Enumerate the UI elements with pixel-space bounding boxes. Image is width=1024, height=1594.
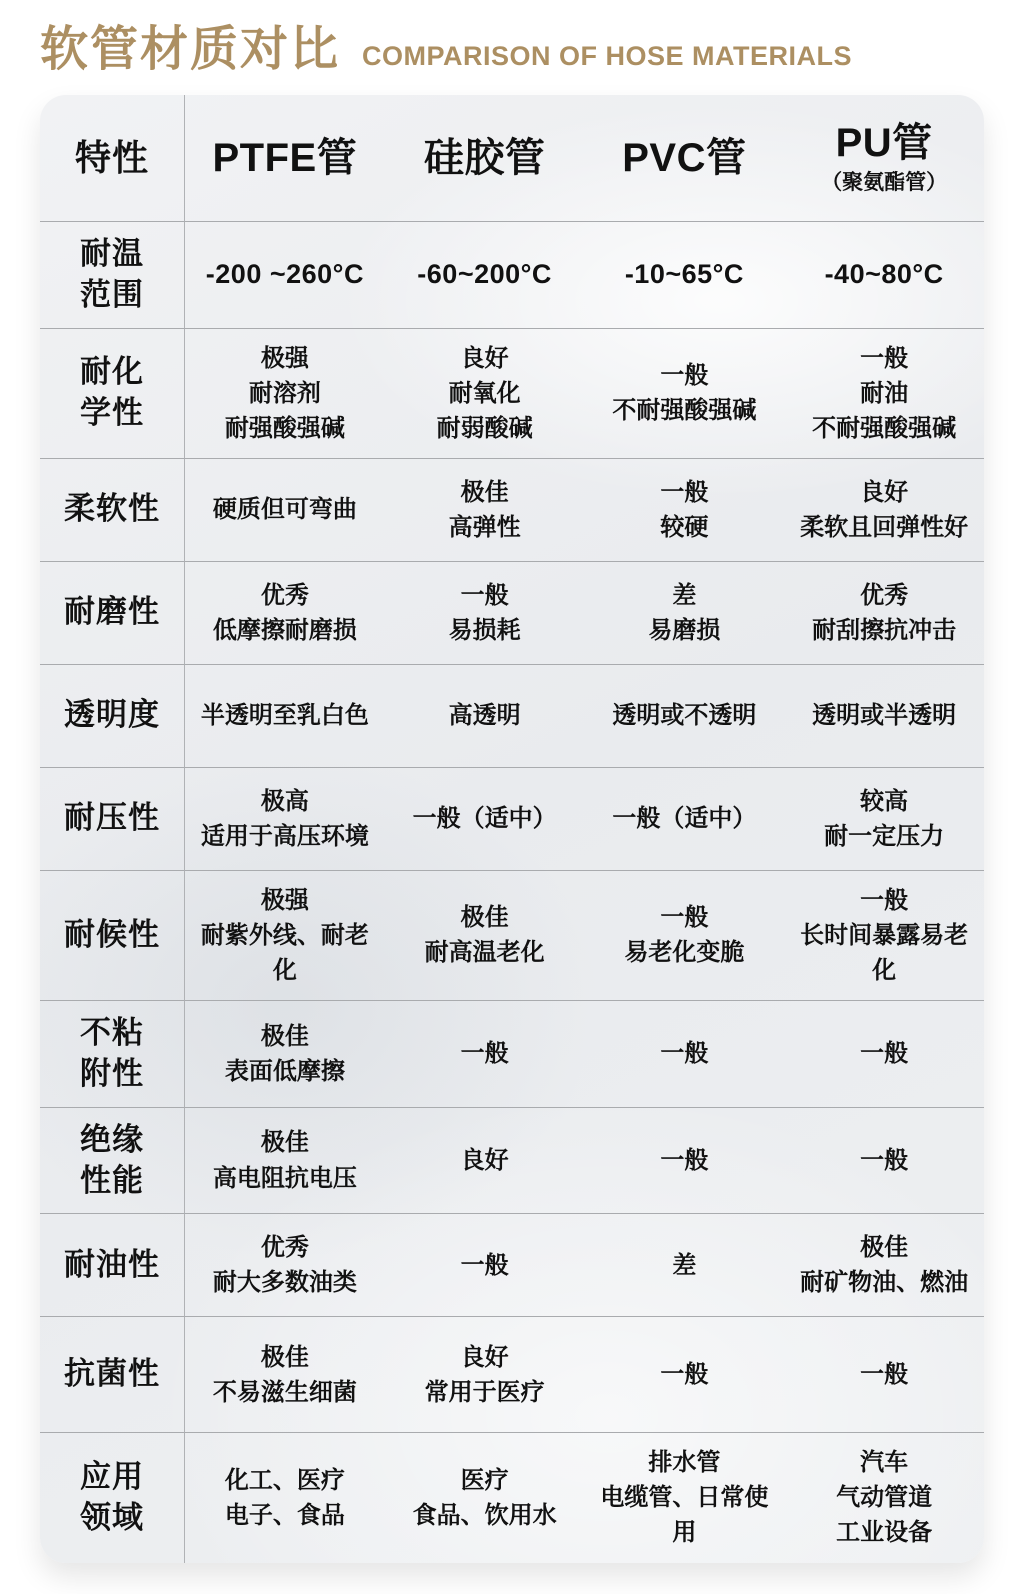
value-line: 柔软且回弹性好 — [800, 510, 968, 545]
value-cell: 良好柔软且回弹性好 — [784, 458, 984, 561]
value-line: 易磨损 — [648, 613, 720, 648]
value-line: 良好 — [461, 1143, 509, 1178]
value-cell: 优秀耐刮擦抗冲击 — [784, 561, 984, 664]
feature-cell: 耐油性 — [40, 1213, 185, 1316]
table-row: 不粘附性极佳表面低摩擦一般一般一般 — [40, 1000, 984, 1107]
value-line: 优秀 — [261, 578, 309, 613]
feature-label-line: 透明度 — [64, 695, 160, 736]
value-line: 良好 — [860, 475, 908, 510]
value-line: 极佳 — [860, 1230, 908, 1265]
value-cell: 一般 — [784, 1316, 984, 1432]
feature-label-line: 绝缘 — [80, 1120, 144, 1161]
value-line: 不易滋生细菌 — [213, 1375, 357, 1410]
value-line: 耐氧化 — [449, 376, 521, 411]
value-cell: 汽车气动管道工业设备 — [784, 1432, 984, 1562]
value-line: 耐弱酸碱 — [437, 411, 533, 446]
infographic-page: 软管材质对比 COMPARISON OF HOSE MATERIALS 特性PT… — [0, 0, 1024, 1594]
value-line: 较高 — [860, 784, 908, 819]
value-line: 差 — [672, 578, 696, 613]
value-cell: 排水管电缆管、日常使用 — [585, 1432, 785, 1562]
value-line: 耐强酸强碱 — [225, 411, 345, 446]
value-cell: 一般（适中） — [385, 767, 585, 870]
value-line: 一般 — [660, 900, 708, 935]
value-cell: 一般耐油不耐强酸强碱 — [784, 328, 984, 458]
table-row: 透明度半透明至乳白色高透明透明或不透明透明或半透明 — [40, 664, 984, 767]
value-line: 不耐强酸强碱 — [812, 411, 956, 446]
column-header-3: PVC管 — [585, 95, 785, 221]
value-cell: 一般 — [385, 1213, 585, 1316]
value-line: 优秀 — [860, 578, 908, 613]
value-line: 极强 — [261, 341, 309, 376]
value-line: 一般 — [860, 1036, 908, 1071]
value-line: 极高 — [261, 784, 309, 819]
value-cell: 一般易老化变脆 — [585, 870, 785, 1000]
table-row: 耐候性极强耐紫外线、耐老化极佳耐高温老化一般易老化变脆一般长时间暴露易老化 — [40, 870, 984, 1000]
value-cell: 差 — [585, 1213, 785, 1316]
value-line: 耐溶剂 — [249, 376, 321, 411]
table-row: 抗菌性极佳不易滋生细菌良好常用于医疗一般一般 — [40, 1316, 984, 1432]
value-cell: 一般 — [585, 1107, 785, 1214]
value-line: 高电阻抗电压 — [213, 1161, 357, 1196]
value-cell: 一般 — [784, 1107, 984, 1214]
value-line: 透明或不透明 — [612, 698, 756, 733]
value-line: 耐油 — [860, 376, 908, 411]
value-cell: 硬质但可弯曲 — [185, 458, 385, 561]
table-row: 应用领域化工、医疗电子、食品医疗食品、饮用水排水管电缆管、日常使用汽车气动管道工… — [40, 1432, 984, 1562]
value-cell: 高透明 — [385, 664, 585, 767]
value-cell: 极强耐紫外线、耐老化 — [185, 870, 385, 1000]
feature-label-line: 耐候性 — [64, 915, 160, 956]
column-header-name: PVC管 — [622, 136, 746, 180]
value-line: 耐高温老化 — [425, 935, 545, 970]
value-line: 极佳 — [261, 1019, 309, 1054]
value-cell: 极高适用于高压环境 — [185, 767, 385, 870]
value-cell: -40~80°C — [784, 221, 984, 328]
value-line: 耐矿物油、燃油 — [800, 1265, 968, 1300]
value-cell: 一般 — [385, 1000, 585, 1107]
value-cell: 极佳耐高温老化 — [385, 870, 585, 1000]
value-line: 差 — [672, 1248, 696, 1283]
feature-label-line: 不粘 — [80, 1013, 144, 1054]
value-line: 耐紫外线、耐老化 — [191, 918, 379, 988]
value-line: -200 ~260°C — [206, 255, 364, 294]
feature-cell: 绝缘性能 — [40, 1107, 185, 1214]
feature-label-line: 耐油性 — [64, 1245, 160, 1286]
column-header-2: 硅胶管 — [385, 95, 585, 221]
value-line: 易损耗 — [449, 613, 521, 648]
value-cell: 较高耐一定压力 — [784, 767, 984, 870]
value-line: -40~80°C — [825, 255, 944, 294]
column-header-4: PU管（聚氨酯管） — [784, 95, 984, 221]
value-line: 汽车 — [860, 1445, 908, 1480]
table-row: 耐温范围-200 ~260°C-60~200°C-10~65°C-40~80°C — [40, 221, 984, 328]
value-line: 较硬 — [660, 510, 708, 545]
feature-cell: 不粘附性 — [40, 1000, 185, 1107]
value-line: 一般 — [660, 1357, 708, 1392]
feature-cell: 透明度 — [40, 664, 185, 767]
value-cell: 一般不耐强酸强碱 — [585, 328, 785, 458]
value-cell: 极佳高电阻抗电压 — [185, 1107, 385, 1214]
value-line: 优秀 — [261, 1230, 309, 1265]
column-header-name: PU管 — [836, 121, 933, 165]
value-line: 电缆管、日常使用 — [591, 1480, 779, 1550]
value-cell: 医疗食品、饮用水 — [385, 1432, 585, 1562]
feature-cell: 应用领域 — [40, 1432, 185, 1562]
feature-label-line: 范围 — [80, 275, 144, 316]
value-line: 耐大多数油类 — [213, 1265, 357, 1300]
value-cell: 半透明至乳白色 — [185, 664, 385, 767]
value-line: 良好 — [461, 341, 509, 376]
value-line: 医疗 — [461, 1463, 509, 1498]
page-title: 软管材质对比 — [40, 24, 340, 77]
page-header: 软管材质对比 COMPARISON OF HOSE MATERIALS — [0, 0, 1024, 83]
value-line: 一般 — [860, 341, 908, 376]
feature-label-line: 耐化 — [80, 352, 144, 393]
value-line: 高弹性 — [449, 510, 521, 545]
feature-label-line: 耐温 — [80, 234, 144, 275]
value-line: 良好 — [461, 1340, 509, 1375]
value-cell: 极佳不易滋生细菌 — [185, 1316, 385, 1432]
column-header-name: 硅胶管 — [424, 136, 546, 180]
feature-label-line: 领域 — [80, 1498, 144, 1539]
value-line: 易老化变脆 — [624, 935, 744, 970]
value-line: 一般 — [860, 883, 908, 918]
value-cell: 一般 — [784, 1000, 984, 1107]
value-line: 排水管 — [648, 1445, 720, 1480]
value-line: 一般（适中） — [612, 801, 756, 836]
value-line: 一般 — [860, 1357, 908, 1392]
value-line: 表面低摩擦 — [225, 1054, 345, 1089]
value-line: 一般 — [461, 1036, 509, 1071]
feature-label-line: 抗菌性 — [64, 1354, 160, 1395]
table-header-row: 特性PTFE管硅胶管PVC管PU管（聚氨酯管） — [40, 95, 984, 221]
feature-cell: 耐温范围 — [40, 221, 185, 328]
feature-column-header: 特性 — [40, 95, 185, 221]
value-cell: 极强耐溶剂耐强酸强碱 — [185, 328, 385, 458]
column-header-subtitle: （聚氨酯管） — [821, 171, 947, 194]
value-cell: -200 ~260°C — [185, 221, 385, 328]
value-cell: 一般较硬 — [585, 458, 785, 561]
value-cell: 化工、医疗电子、食品 — [185, 1432, 385, 1562]
value-cell: 良好耐氧化耐弱酸碱 — [385, 328, 585, 458]
value-line: 极佳 — [261, 1125, 309, 1160]
value-cell: 一般易损耗 — [385, 561, 585, 664]
value-line: 透明或半透明 — [812, 698, 956, 733]
value-cell: 优秀耐大多数油类 — [185, 1213, 385, 1316]
comparison-table-body: 特性PTFE管硅胶管PVC管PU管（聚氨酯管）耐温范围-200 ~260°C-6… — [40, 95, 984, 1563]
value-line: 极佳 — [261, 1340, 309, 1375]
value-line: 硬质但可弯曲 — [213, 492, 357, 527]
value-line: 一般 — [860, 1143, 908, 1178]
value-line: 适用于高压环境 — [201, 819, 369, 854]
value-line: 高透明 — [449, 698, 521, 733]
value-line: 常用于医疗 — [425, 1375, 545, 1410]
value-cell: 极佳耐矿物油、燃油 — [784, 1213, 984, 1316]
feature-label-line: 耐磨性 — [64, 592, 160, 633]
value-line: 一般 — [660, 1143, 708, 1178]
value-cell: 良好 — [385, 1107, 585, 1214]
table-row: 绝缘性能极佳高电阻抗电压良好一般一般 — [40, 1107, 984, 1214]
value-cell: 优秀低摩擦耐磨损 — [185, 561, 385, 664]
value-line: 耐一定压力 — [824, 819, 944, 854]
value-line: 一般 — [660, 1036, 708, 1071]
feature-cell: 柔软性 — [40, 458, 185, 561]
value-line: 耐刮擦抗冲击 — [812, 613, 956, 648]
feature-label-line: 柔软性 — [64, 489, 160, 530]
feature-cell: 耐化学性 — [40, 328, 185, 458]
value-line: 低摩擦耐磨损 — [213, 613, 357, 648]
table-row: 耐化学性极强耐溶剂耐强酸强碱良好耐氧化耐弱酸碱一般不耐强酸强碱一般耐油不耐强酸强… — [40, 328, 984, 458]
feature-label-line: 学性 — [80, 393, 144, 434]
value-cell: 极佳表面低摩擦 — [185, 1000, 385, 1107]
value-line: 半透明至乳白色 — [201, 698, 369, 733]
value-cell: 极佳高弹性 — [385, 458, 585, 561]
feature-cell: 耐压性 — [40, 767, 185, 870]
value-line: -60~200°C — [417, 255, 552, 294]
value-line: 一般 — [461, 578, 509, 613]
value-line: 一般（适中） — [413, 801, 557, 836]
column-header-1: PTFE管 — [185, 95, 385, 221]
value-cell: -10~65°C — [585, 221, 785, 328]
value-cell: 一般长时间暴露易老化 — [784, 870, 984, 1000]
value-line: -10~65°C — [625, 255, 744, 294]
value-line: 极佳 — [461, 900, 509, 935]
value-cell: 差易磨损 — [585, 561, 785, 664]
value-line: 气动管道 — [836, 1480, 932, 1515]
feature-label-line: 耐压性 — [64, 798, 160, 839]
value-line: 极强 — [261, 883, 309, 918]
value-line: 化工、医疗 — [225, 1463, 345, 1498]
value-line: 一般 — [660, 475, 708, 510]
value-cell: -60~200°C — [385, 221, 585, 328]
value-cell: 一般 — [585, 1000, 785, 1107]
feature-label-line: 应用 — [80, 1457, 144, 1498]
feature-label-line: 附性 — [80, 1054, 144, 1095]
value-cell: 一般（适中） — [585, 767, 785, 870]
value-line: 极佳 — [461, 475, 509, 510]
value-cell: 透明或不透明 — [585, 664, 785, 767]
value-cell: 透明或半透明 — [784, 664, 984, 767]
table-row: 耐压性极高适用于高压环境一般（适中）一般（适中）较高耐一定压力 — [40, 767, 984, 870]
value-line: 不耐强酸强碱 — [612, 393, 756, 428]
value-line: 食品、饮用水 — [413, 1498, 557, 1533]
value-line: 长时间暴露易老化 — [790, 918, 978, 988]
value-line: 工业设备 — [836, 1515, 932, 1550]
value-cell: 良好常用于医疗 — [385, 1316, 585, 1432]
value-line: 电子、食品 — [225, 1498, 345, 1533]
table-row: 柔软性硬质但可弯曲极佳高弹性一般较硬良好柔软且回弹性好 — [40, 458, 984, 561]
feature-label-line: 性能 — [80, 1161, 144, 1202]
column-header-name: PTFE管 — [213, 136, 358, 180]
value-cell: 一般 — [585, 1316, 785, 1432]
value-line: 一般 — [461, 1248, 509, 1283]
table-row: 耐油性优秀耐大多数油类一般差极佳耐矿物油、燃油 — [40, 1213, 984, 1316]
feature-cell: 耐磨性 — [40, 561, 185, 664]
feature-cell: 耐候性 — [40, 870, 185, 1000]
page-subtitle: COMPARISON OF HOSE MATERIALS — [362, 41, 852, 72]
comparison-table: 特性PTFE管硅胶管PVC管PU管（聚氨酯管）耐温范围-200 ~260°C-6… — [40, 95, 984, 1563]
table-row: 耐磨性优秀低摩擦耐磨损一般易损耗差易磨损优秀耐刮擦抗冲击 — [40, 561, 984, 664]
value-line: 一般 — [660, 358, 708, 393]
feature-cell: 抗菌性 — [40, 1316, 185, 1432]
